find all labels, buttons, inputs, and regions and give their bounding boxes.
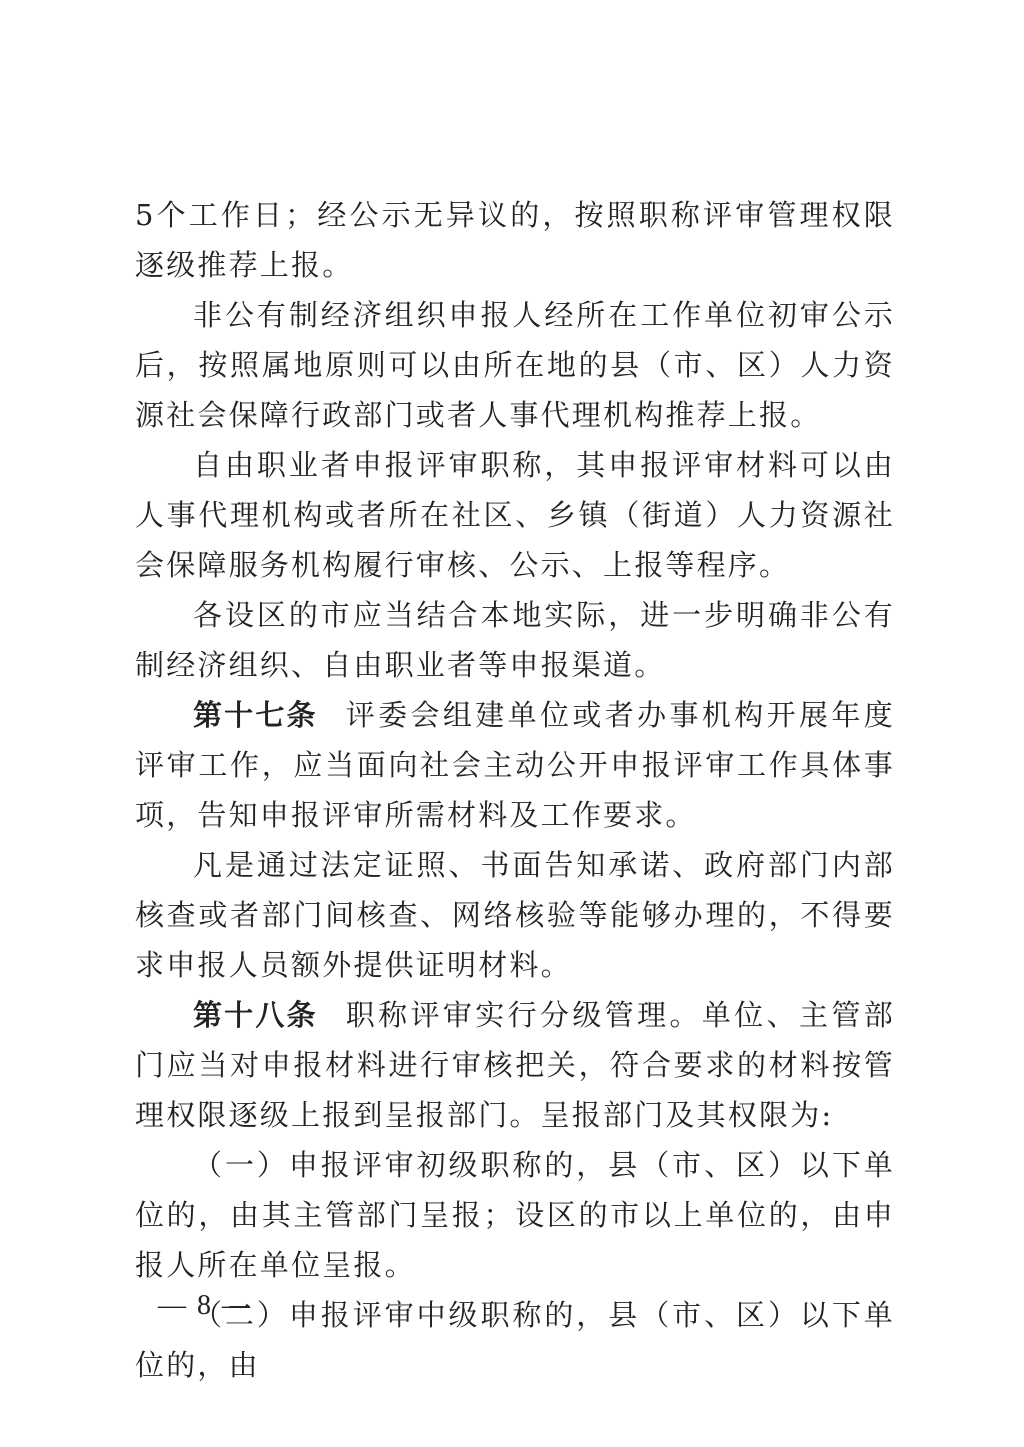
paragraph-text: 自由职业者申报评审职称，其申报评审材料可以由人事代理机构或者所在社区、乡镇（街道…	[135, 448, 895, 582]
page-number: — 8 —	[158, 1290, 252, 1322]
paragraph-text: 凡是通过法定证照、书面告知承诺、政府部门内部核查或者部门间核查、网络核验等能够办…	[135, 848, 895, 982]
article-17-paragraph: 第十七条评委会组建单位或者办事机构开展年度评审工作，应当面向社会主动公开申报评审…	[135, 690, 895, 840]
paragraph-3: 自由职业者申报评审职称，其申报评审材料可以由人事代理机构或者所在社区、乡镇（街道…	[135, 440, 895, 590]
article-number: 第十八条	[193, 998, 318, 1032]
list-item-1: （一）申报评审初级职称的，县（市、区）以下单位的，由其主管部门呈报；设区的市以上…	[135, 1140, 895, 1290]
paragraph-6: 凡是通过法定证照、书面告知承诺、政府部门内部核查或者部门间核查、网络核验等能够办…	[135, 840, 895, 990]
document-page: 5个工作日；经公示无异议的，按照职称评审管理权限逐级推荐上报。 非公有制经济组织…	[135, 190, 895, 1390]
paragraph-text: 各设区的市应当结合本地实际，进一步明确非公有制经济组织、自由职业者等申报渠道。	[135, 598, 895, 682]
article-number: 第十七条	[193, 698, 318, 732]
paragraph-text: 非公有制经济组织申报人经所在工作单位初审公示后，按照属地原则可以由所在地的县（市…	[135, 298, 895, 432]
paragraph-1: 5个工作日；经公示无异议的，按照职称评审管理权限逐级推荐上报。	[135, 190, 895, 290]
paragraph-text: 5个工作日；经公示无异议的，按照职称评审管理权限逐级推荐上报。	[135, 198, 895, 282]
paragraph-text: （一）申报评审初级职称的，县（市、区）以下单位的，由其主管部门呈报；设区的市以上…	[135, 1148, 895, 1282]
paragraph-2: 非公有制经济组织申报人经所在工作单位初审公示后，按照属地原则可以由所在地的县（市…	[135, 290, 895, 440]
paragraph-4: 各设区的市应当结合本地实际，进一步明确非公有制经济组织、自由职业者等申报渠道。	[135, 590, 895, 690]
article-18-paragraph: 第十八条职称评审实行分级管理。单位、主管部门应当对申报材料进行审核把关，符合要求…	[135, 990, 895, 1140]
